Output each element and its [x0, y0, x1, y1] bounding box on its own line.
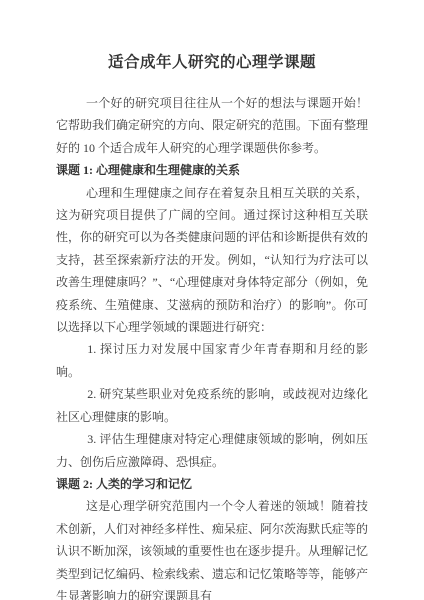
topic-1-heading: 课题 1: 心理健康和生理健康的关系	[56, 159, 368, 181]
topic-1-list-item-1: 1. 探讨压力对发展中国家青少年青春期和月经的影响。	[56, 338, 368, 383]
topic-1-list-item-3: 3. 评估生理健康对特定心理健康领域的影响，例如压力、创伤后应激障碍、恐惧症。	[56, 428, 368, 473]
document-body: 一个好的研究项目往往从一个好的想法与课题开始！它帮助我们确定研究的方向、限定研究…	[56, 92, 368, 600]
topic-2-body: 这是心理学研究范围内一个令人着迷的领域！随着技术创新，人们对神经多样性、痴呆症、…	[56, 495, 368, 600]
page-title: 适合成年人研究的心理学课题	[56, 51, 368, 75]
topic-2-heading: 课题 2: 人类的学习和记忆	[56, 473, 368, 495]
topic-1-list-item-2: 2. 研究某些职业对免疫系统的影响，或歧视对边缘化社区心理健康的影响。	[56, 383, 368, 428]
document-page: 适合成年人研究的心理学课题 一个好的研究项目往往从一个好的想法与课题开始！它帮助…	[0, 0, 424, 600]
intro-paragraph: 一个好的研究项目往往从一个好的想法与课题开始！它帮助我们确定研究的方向、限定研究…	[56, 92, 368, 159]
topic-1-body: 心理和生理健康之间存在着复杂且相互关联的关系，这为研究项目提供了广阔的空间。通过…	[56, 182, 368, 339]
